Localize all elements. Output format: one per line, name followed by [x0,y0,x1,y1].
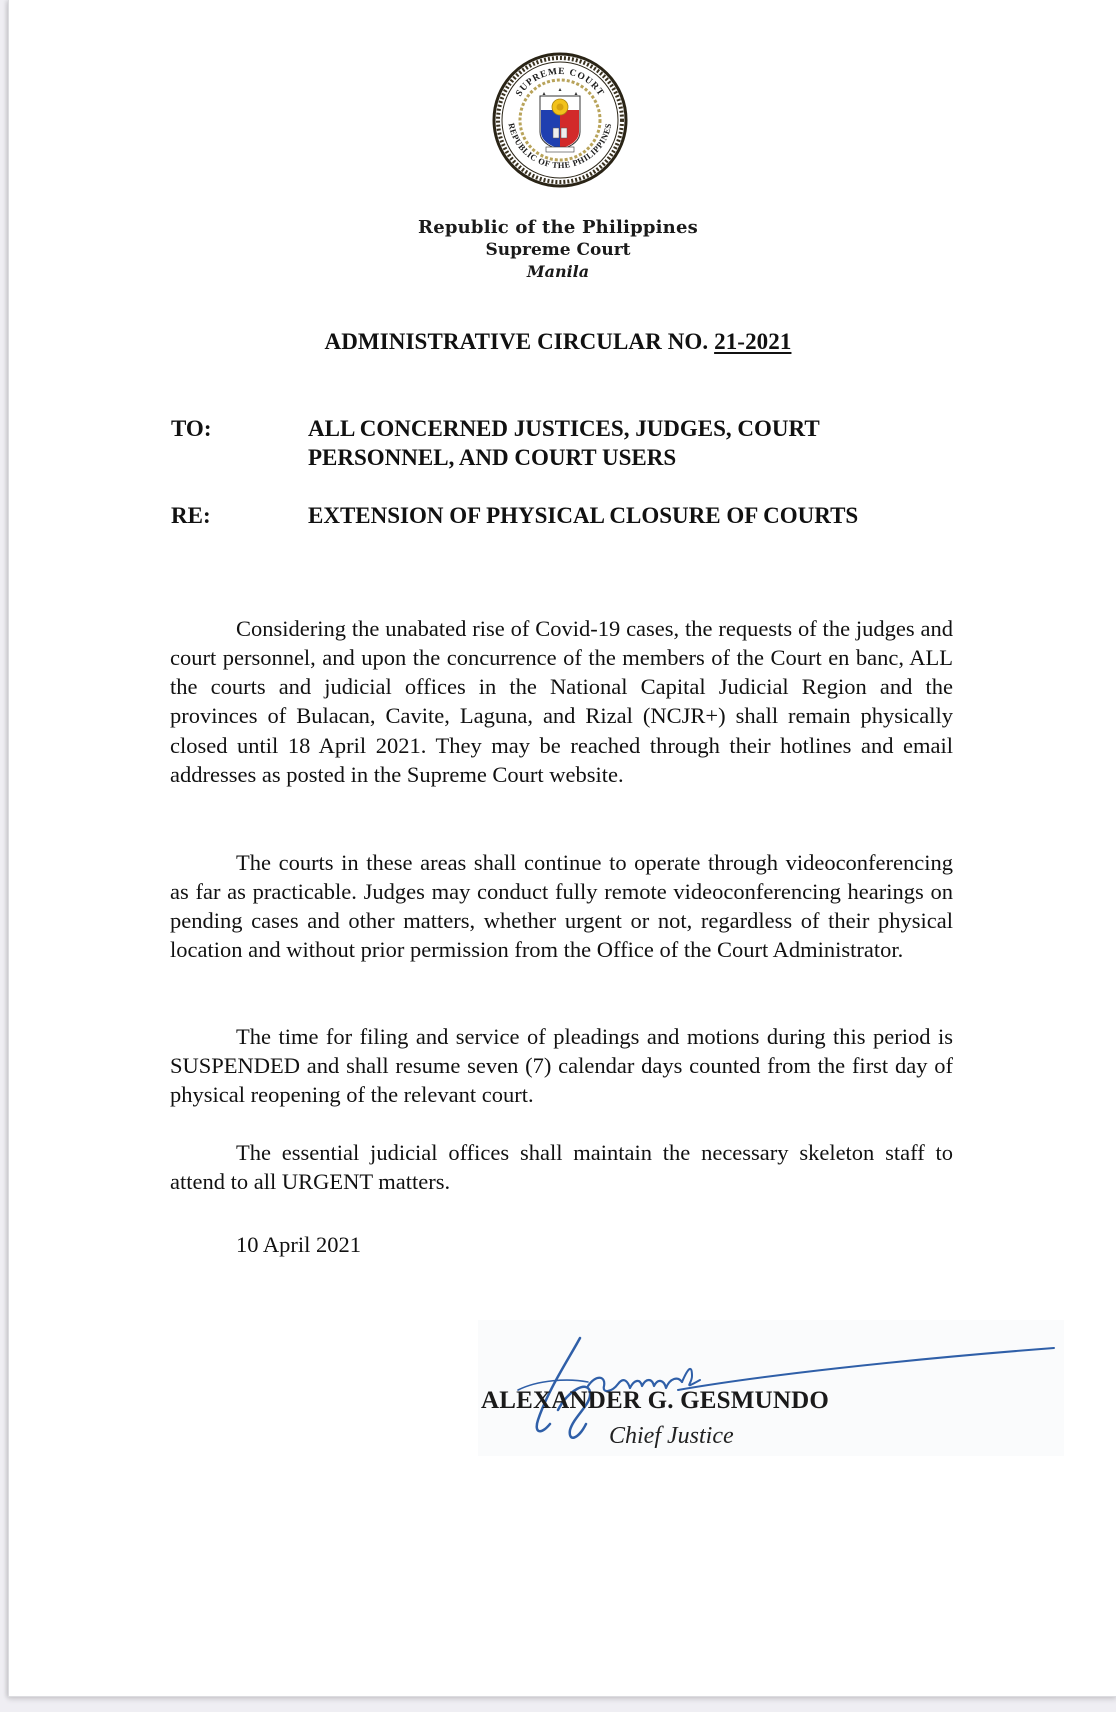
body-paragraph-4: The essential judicial offices shall mai… [170,1138,953,1197]
to-recipients: ALL CONCERNED JUSTICES, JUDGES, COURT PE… [308,414,948,472]
body-paragraph-2: The courts in these areas shall continue… [170,848,953,965]
circular-title-prefix: ADMINISTRATIVE CIRCULAR NO. [325,329,709,354]
supreme-court-seal-icon: SUPREME COURT REPUBLIC OF THE PHILIPPINE… [492,52,628,188]
letterhead-court: Supreme Court [0,240,1116,260]
issue-date: 10 April 2021 [236,1232,361,1258]
circular-number: 21-2021 [714,329,791,354]
letterhead-country: Republic of the Philippines [0,217,1116,238]
to-label: TO: [171,416,211,442]
re-label: RE: [171,503,211,529]
re-subject: EXTENSION OF PHYSICAL CLOSURE OF COURTS [308,501,948,530]
body-paragraph-3: The time for filing and service of plead… [170,1022,953,1110]
circular-title: ADMINISTRATIVE CIRCULAR NO. 21-2021 [0,329,1116,355]
body-paragraph-1: Considering the unabated rise of Covid-1… [170,614,953,790]
signatory-name: ALEXANDER G. GESMUNDO [481,1387,829,1415]
signatory-title: Chief Justice [609,1423,734,1450]
letterhead-city: Manila [0,262,1116,281]
